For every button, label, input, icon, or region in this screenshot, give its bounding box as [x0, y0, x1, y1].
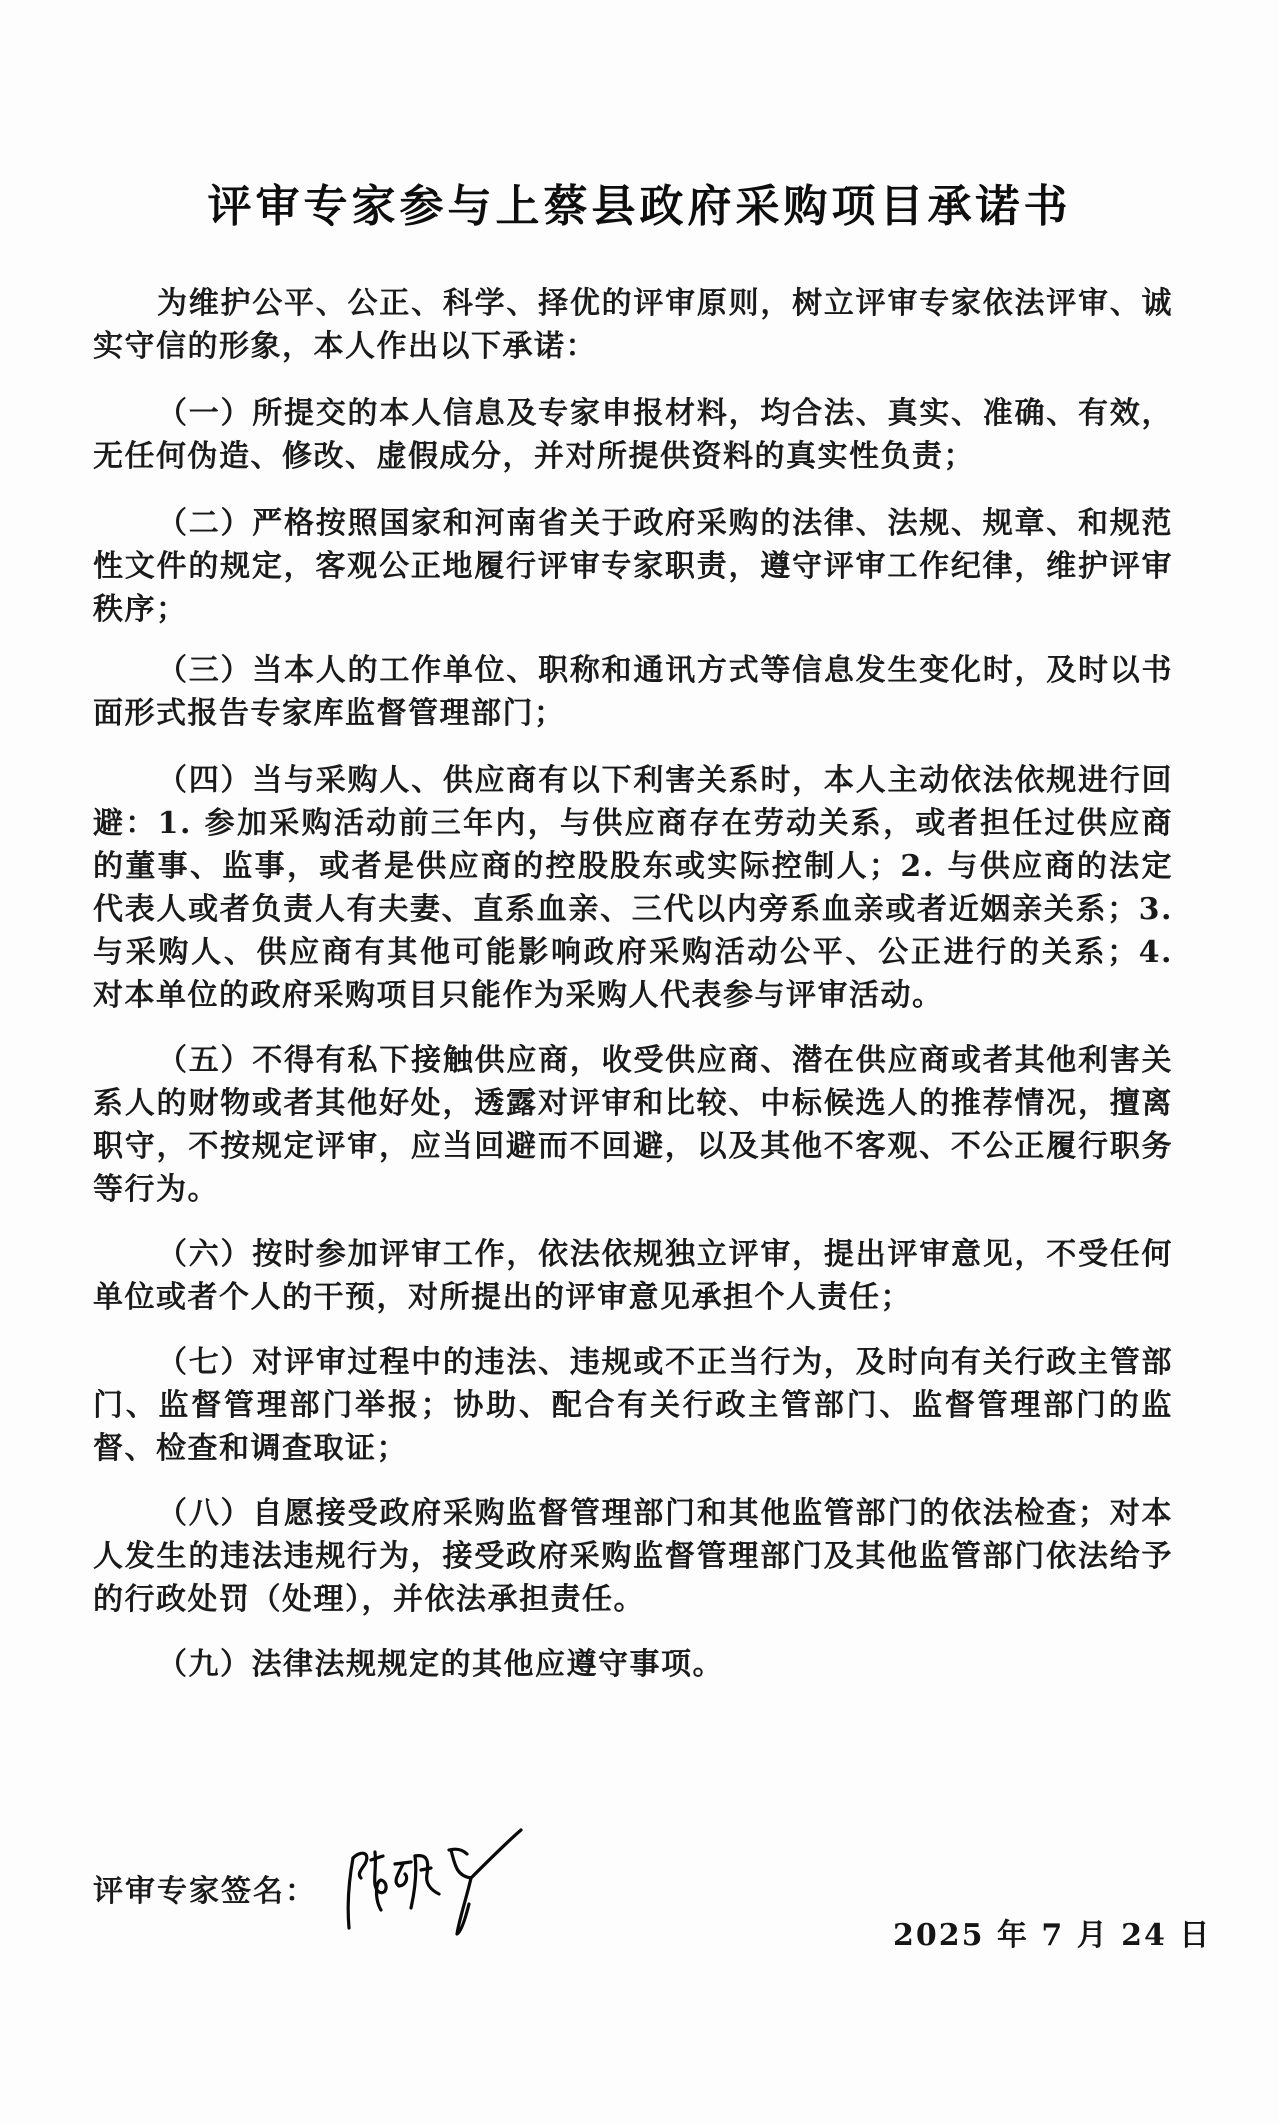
clause-label: （一）	[157, 396, 252, 431]
clause-label: （二）	[157, 506, 252, 541]
signature-strokes-icon	[331, 1820, 531, 1950]
clause-label: （九）	[157, 1647, 252, 1682]
clause-3: （三）当本人的工作单位、职称和通讯方式等信息发生变化时，及时以书面形式报告专家库…	[93, 649, 1173, 735]
clause-label: （七）	[157, 1345, 252, 1380]
clause-2: （二）严格按照国家和河南省关于政府采购的法律、法规、规章、和规范性文件的规定，客…	[93, 502, 1173, 631]
handwritten-signature: 陈砚平	[331, 1820, 531, 1950]
document-title: 评审专家参与上蔡县政府采购项目承诺书	[0, 170, 1279, 234]
clause-label: （三）	[157, 653, 252, 688]
clause-text: 所提交的本人信息及专家申报材料，均合法、真实、准确、有效，无任何伪造、修改、虚假…	[93, 396, 1173, 474]
clause-1: （一）所提交的本人信息及专家申报材料，均合法、真实、准确、有效，无任何伪造、修改…	[93, 392, 1173, 478]
document-page: 评审专家参与上蔡县政府采购项目承诺书 为维护公平、公正、科学、择优的评审原则，树…	[0, 0, 1279, 2123]
clause-4: （四）当与采购人、供应商有以下利害关系时，本人主动依法依规进行回避：1. 参加采…	[93, 759, 1173, 1017]
document-body: 为维护公平、公正、科学、择优的评审原则，树立评审专家依法评审、诚实守信的形象，本…	[93, 282, 1173, 1686]
clause-text: 不得有私下接触供应商，收受供应商、潜在供应商或者其他利害关系人的财物或者其他好处…	[93, 1043, 1173, 1207]
clause-6: （六）按时参加评审工作，依法依规独立评审，提出评审意见，不受任何单位或者个人的干…	[93, 1233, 1173, 1319]
clause-text: 按时参加评审工作，依法依规独立评审，提出评审意见，不受任何单位或者个人的干预，对…	[93, 1237, 1173, 1315]
clause-text: 对评审过程中的违法、违规或不正当行为，及时向有关行政主管部门、监督管理部门举报；…	[93, 1345, 1173, 1466]
clause-label: （四）	[157, 763, 252, 798]
clause-text: 自愿接受政府采购监督管理部门和其他监管部门的依法检查；对本人发生的违法违规行为，…	[93, 1496, 1173, 1617]
clause-label: （五）	[157, 1043, 252, 1078]
clause-text: 法律法规规定的其他应遵守事项。	[252, 1647, 725, 1682]
clause-text: 严格按照国家和河南省关于政府采购的法律、法规、规章、和规范性文件的规定，客观公正…	[93, 506, 1173, 627]
clause-9: （九）法律法规规定的其他应遵守事项。	[93, 1643, 1173, 1686]
signature-label: 评审专家签名：	[93, 1866, 317, 1910]
signing-date: 2025 年 7 月 24 日	[893, 1910, 1211, 1954]
clause-text: 当本人的工作单位、职称和通讯方式等信息发生变化时，及时以书面形式报告专家库监督管…	[93, 653, 1173, 731]
clause-5: （五）不得有私下接触供应商，收受供应商、潜在供应商或者其他利害关系人的财物或者其…	[93, 1039, 1173, 1211]
clause-8: （八）自愿接受政府采购监督管理部门和其他监管部门的依法检查；对本人发生的违法违规…	[93, 1492, 1173, 1621]
preamble-paragraph: 为维护公平、公正、科学、择优的评审原则，树立评审专家依法评审、诚实守信的形象，本…	[93, 282, 1173, 368]
clause-label: （八）	[157, 1496, 252, 1531]
clause-text: 当与采购人、供应商有以下利害关系时，本人主动依法依规进行回避：1. 参加采购活动…	[93, 763, 1173, 1013]
clause-label: （六）	[157, 1237, 252, 1272]
clause-7: （七）对评审过程中的违法、违规或不正当行为，及时向有关行政主管部门、监督管理部门…	[93, 1341, 1173, 1470]
